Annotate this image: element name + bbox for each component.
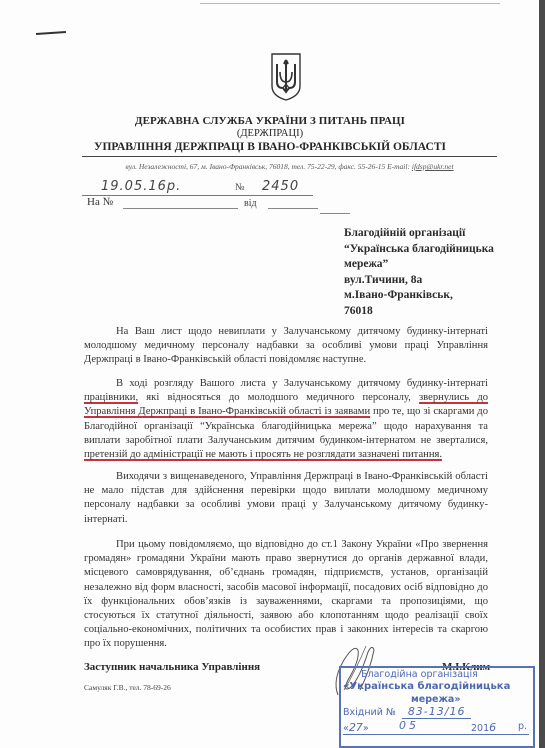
agency-abbreviation: (ДЕРЖПРАЦІ) <box>0 128 540 139</box>
stamp-org-name: «Українська благодійницька <box>343 681 510 692</box>
incoming-ref-blank <box>123 208 238 209</box>
stamp-org-line: Благодійна організація <box>361 669 478 680</box>
paragraph-3: Виходячи з вищенаведеного, Управління Де… <box>84 470 488 527</box>
stamp-day: 27 <box>349 721 363 734</box>
regional-office-name: УПРАВЛІННЯ ДЕРЖПРАЦІ В ІВАНО-ФРАНКІВСЬКІ… <box>0 141 540 153</box>
year-prefix: 201 <box>471 723 489 734</box>
recipient-line: “Українська благодійницька <box>344 242 494 258</box>
recipient-line: мережа” <box>344 257 494 273</box>
incoming-date-label: від <box>244 198 257 209</box>
trident-coat-of-arms-icon <box>270 52 302 102</box>
stamp-month: 05 <box>399 719 419 732</box>
year-label: р. <box>518 721 527 732</box>
paragraph-1: На Ваш лист щодо невиплати у Залучансько… <box>84 325 488 368</box>
text: В ході розгляду Вашого листа у Залучансь… <box>116 378 488 389</box>
agency-name: ДЕРЖАВНА СЛУЖБА УКРАЇНИ З ПИТАНЬ ПРАЦІ <box>0 115 540 127</box>
incoming-registration-stamp: Благодійна організація «Українська благо… <box>339 666 535 748</box>
quote-close: » <box>363 723 369 734</box>
stamp-date: «27» 05 2016 р. <box>343 721 529 735</box>
signer-title: Заступник начальника Управління <box>84 661 260 673</box>
scan-edge-shadow <box>539 0 545 748</box>
outgoing-date: 19.05.16р. <box>101 179 181 194</box>
reference-line <box>258 195 313 196</box>
outgoing-number-label: № <box>235 182 245 193</box>
recipient-line: 76018 <box>344 304 494 320</box>
incoming-date-blank <box>268 208 318 209</box>
stamp-incoming-number: Вхідний №83-13/16 <box>343 705 471 718</box>
paragraph-2: В ході розгляду Вашого листа у Залучансь… <box>84 377 488 462</box>
incoming-ref-label: На № <box>87 196 113 208</box>
executor-contact: Самуляк Г.В., тел. 78-69-26 <box>84 683 171 692</box>
stamp-year: 2016 <box>471 721 496 734</box>
recipient-line: м.Івано-Франківськ, <box>344 288 494 304</box>
incoming-label: Вхідний № <box>343 707 396 718</box>
stamp-org-name-end: мережа» <box>411 694 460 705</box>
year-suffix: 6 <box>489 721 496 734</box>
incoming-number: 83-13/16 <box>402 705 472 719</box>
highlighted-text: працівники, <box>84 392 138 403</box>
recipient-address: Благодійній організації “Українська благ… <box>344 226 494 319</box>
recipient-line: Благодійній організації <box>344 226 494 242</box>
address-text: вул. Незалежності, 67, м. Івано-Франківс… <box>125 162 411 171</box>
recipient-line: вул.Тичини, 8а <box>344 273 494 289</box>
pen-mark <box>36 31 66 35</box>
text: які відносяться до молодшого медичного п… <box>138 392 419 403</box>
outgoing-number: 2450 <box>262 179 299 194</box>
paragraph-4: При цьому повідомляємо, що відповідно до… <box>84 538 488 652</box>
letterhead-address: вул. Незалежності, 67, м. Івано-Франківс… <box>82 162 497 171</box>
scanned-letter-page: ДЕРЖАВНА СЛУЖБА УКРАЇНИ З ПИТАНЬ ПРАЦІ (… <box>0 0 540 748</box>
highlighted-text: претензій до адміністрації не мають і пр… <box>84 449 442 460</box>
reference-line <box>320 213 350 214</box>
header-divider <box>82 156 497 157</box>
email-link[interactable]: ifdsp@ukr.net <box>412 162 454 171</box>
scan-artifact-line <box>200 3 500 4</box>
